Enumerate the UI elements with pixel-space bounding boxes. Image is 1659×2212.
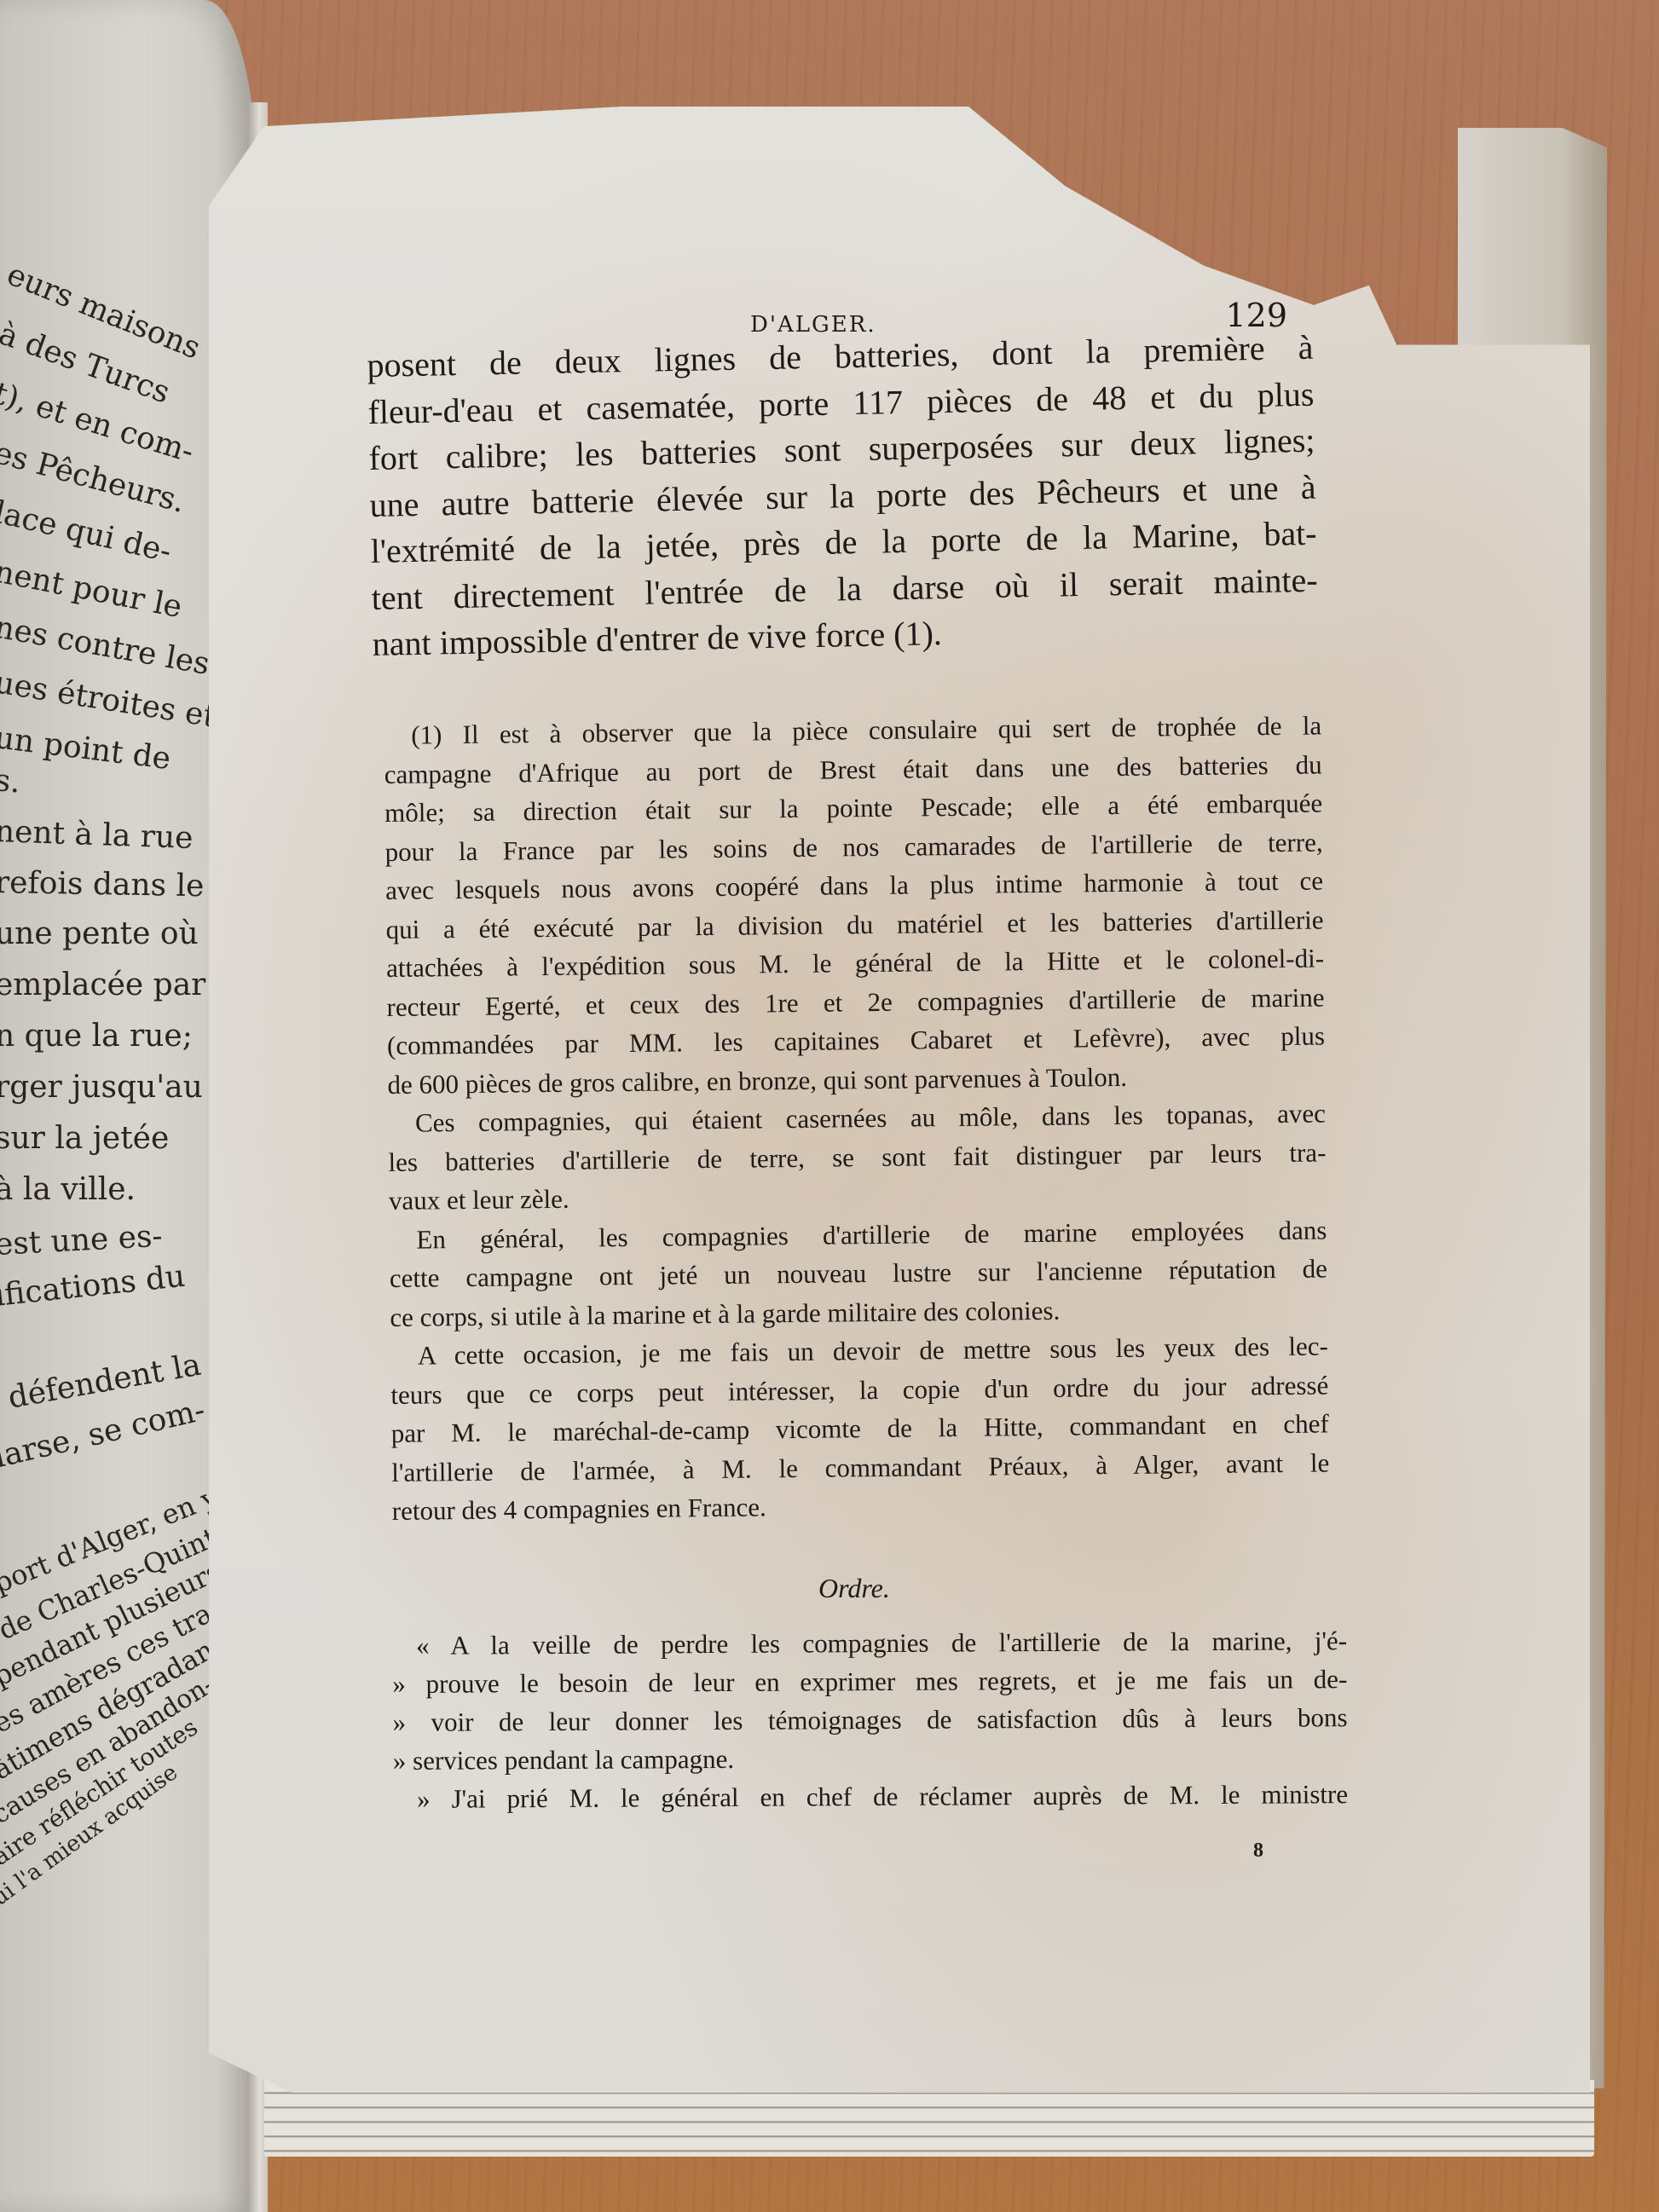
left-page-line: rger jusqu'au (0, 1070, 203, 1105)
left-page-line: n que la rue; (0, 1019, 193, 1054)
left-page-line: un point de (0, 720, 172, 777)
left-page-line: à la ville. (0, 1172, 136, 1207)
left-page-line: refois dans le (0, 865, 205, 904)
quote-line: » J'ai prié M. le général en chef de réc… (393, 1775, 1348, 1818)
left-page-line: nent à la rue (0, 814, 194, 856)
left-page-line: est une es- (0, 1219, 164, 1262)
left-page-line: s. (0, 763, 22, 800)
main-paragraph: posent de deux lignes de batteries, dont… (367, 325, 1319, 668)
left-page-line: sur la jetée (0, 1121, 169, 1156)
signature-mark: 8 (1253, 1839, 1263, 1863)
left-page-line: ifications du (0, 1259, 187, 1314)
quote-line: » voir de leur donner les témoignages de… (392, 1698, 1347, 1741)
order-quote: « A la veille de perdre les compagnies d… (392, 1621, 1348, 1818)
quote-line: « A la veille de perdre les compagnies d… (392, 1621, 1347, 1665)
left-page-line: une pente où (0, 916, 199, 951)
left-page-line: emplacée par (0, 967, 205, 1002)
quote-line: » prouve le besoin de leur en exprimer m… (392, 1660, 1347, 1703)
quote-line: » services pendant la campagne. (393, 1736, 1348, 1780)
footnote-block: (1) Il est à observer que la pièce consu… (384, 706, 1330, 1530)
order-heading: Ordre. (818, 1573, 890, 1604)
